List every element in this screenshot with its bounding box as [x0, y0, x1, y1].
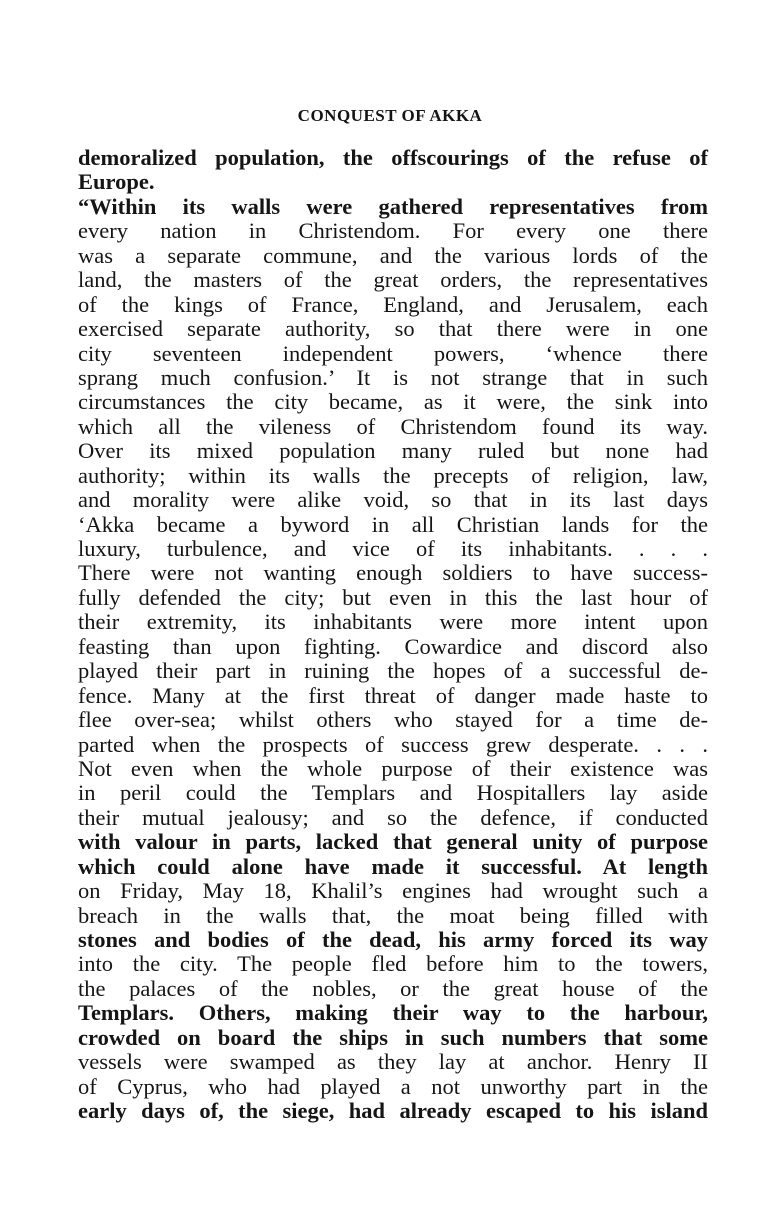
text-line: their extremity, its inhabitants were mo…	[78, 610, 708, 634]
book-page: CONQUEST OF AKKA demoralized population,…	[0, 0, 780, 1226]
text-line: was a separate commune, and the various …	[78, 244, 708, 268]
text-line: city seventeen independent powers, ‘when…	[78, 342, 708, 366]
text-line: into the city. The people fled before hi…	[78, 952, 708, 976]
text-line: and morality were alike void, so that in…	[78, 488, 708, 512]
text-line: played their part in ruining the hopes o…	[78, 659, 708, 683]
text-line: Not even when the whole purpose of their…	[78, 757, 708, 781]
text-line: luxury, turbulence, and vice of its inha…	[78, 537, 708, 561]
text-line: Europe.	[78, 170, 708, 194]
text-line: demoralized population, the offscourings…	[78, 146, 708, 170]
text-line: flee over-sea; whilst others who stayed …	[78, 708, 708, 732]
text-line: every nation in Christendom. For every o…	[78, 219, 708, 243]
text-line: authority; within its walls the precepts…	[78, 464, 708, 488]
text-line: which all the vileness of Christendom fo…	[78, 415, 708, 439]
text-line: Over its mixed population many ruled but…	[78, 439, 708, 463]
text-line: land, the masters of the great orders, t…	[78, 268, 708, 292]
text-line: in peril could the Templars and Hospital…	[78, 781, 708, 805]
text-line: with valour in parts, lacked that genera…	[78, 830, 708, 854]
text-line: exercised separate authority, so that th…	[78, 317, 708, 341]
text-line: ‘Akka became a byword in all Christian l…	[78, 513, 708, 537]
running-head: CONQUEST OF AKKA	[0, 106, 780, 126]
text-line: on Friday, May 18, Khalil’s engines had …	[78, 879, 708, 903]
text-line: fully defended the city; but even in thi…	[78, 586, 708, 610]
text-line: parted when the prospects of success gre…	[78, 733, 708, 757]
text-line: feasting than upon fighting. Cowardice a…	[78, 635, 708, 659]
text-line: the palaces of the nobles, or the great …	[78, 977, 708, 1001]
text-line: their mutual jealousy; and so the defenc…	[78, 806, 708, 830]
text-line: fence. Many at the first threat of dange…	[78, 684, 708, 708]
text-line: circumstances the city became, as it wer…	[78, 390, 708, 414]
text-line: There were not wanting enough soldiers t…	[78, 561, 708, 585]
text-line: sprang much confusion.’ It is not strang…	[78, 366, 708, 390]
text-line: vessels were swamped as they lay at anch…	[78, 1050, 708, 1074]
text-line: which could alone have made it successfu…	[78, 855, 708, 879]
text-line: of Cyprus, who had played a not unworthy…	[78, 1075, 708, 1099]
text-line: Templars. Others, making their way to th…	[78, 1001, 708, 1025]
body-text: demoralized population, the offscourings…	[78, 146, 708, 1124]
text-line: crowded on board the ships in such numbe…	[78, 1026, 708, 1050]
text-line: breach in the walls that, the moat being…	[78, 904, 708, 928]
text-line: of the kings of France, England, and Jer…	[78, 293, 708, 317]
text-line: “Within its walls were gathered represen…	[78, 195, 708, 219]
text-line: early days of, the siege, had already es…	[78, 1099, 708, 1123]
text-line: stones and bodies of the dead, his army …	[78, 928, 708, 952]
